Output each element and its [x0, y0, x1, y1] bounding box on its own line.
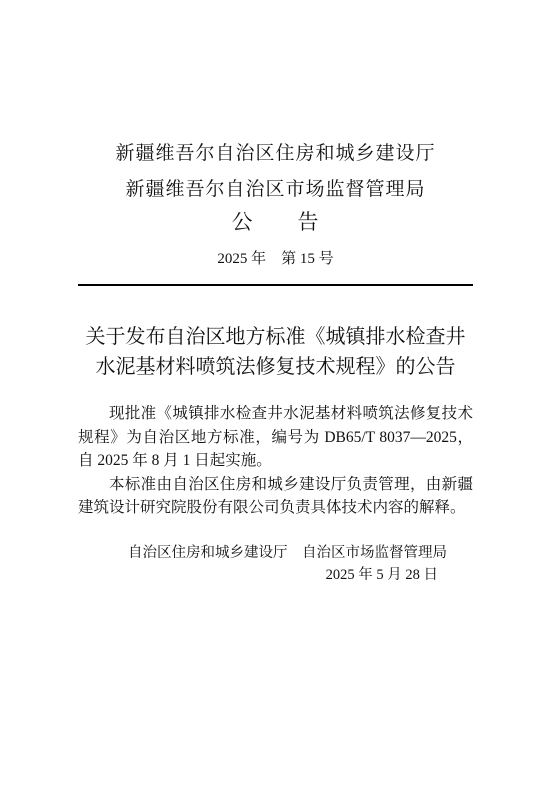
- signature-date: 2025 年 5 月 28 日: [78, 564, 473, 586]
- announcement-title-line-1: 关于发布自治区地方标准《城镇排水检查井: [78, 322, 473, 352]
- header-divider-rule: [78, 284, 473, 286]
- issuing-org-line-1: 新疆维吾尔自治区住房和城乡建设厅: [78, 136, 473, 172]
- body-paragraph-management: 本标准由自治区住房和城乡建设厅负责管理，由新疆建筑设计研究院股份有限公司负责具体…: [78, 473, 473, 520]
- issuing-org-line-2: 新疆维吾尔自治区市场监督管理局: [78, 172, 473, 208]
- signature-issuers: 自治区住房和城乡建设厅 自治区市场监督管理局: [78, 542, 473, 564]
- document-number: 2025 年 第 15 号: [78, 250, 473, 268]
- announcement-page: 新疆维吾尔自治区住房和城乡建设厅 新疆维吾尔自治区市场监督管理局 公 告 202…: [0, 0, 551, 790]
- body-paragraph-approval: 现批准《城镇排水检查井水泥基材料喷筑法修复技术规程》为自治区地方标准，编号为 D…: [78, 402, 473, 473]
- announcement-title: 关于发布自治区地方标准《城镇排水检查井 水泥基材料喷筑法修复技术规程》的公告: [78, 322, 473, 382]
- announcement-title-line-2: 水泥基材料喷筑法修复技术规程》的公告: [78, 352, 473, 382]
- notice-type-heading: 公 告: [78, 208, 473, 236]
